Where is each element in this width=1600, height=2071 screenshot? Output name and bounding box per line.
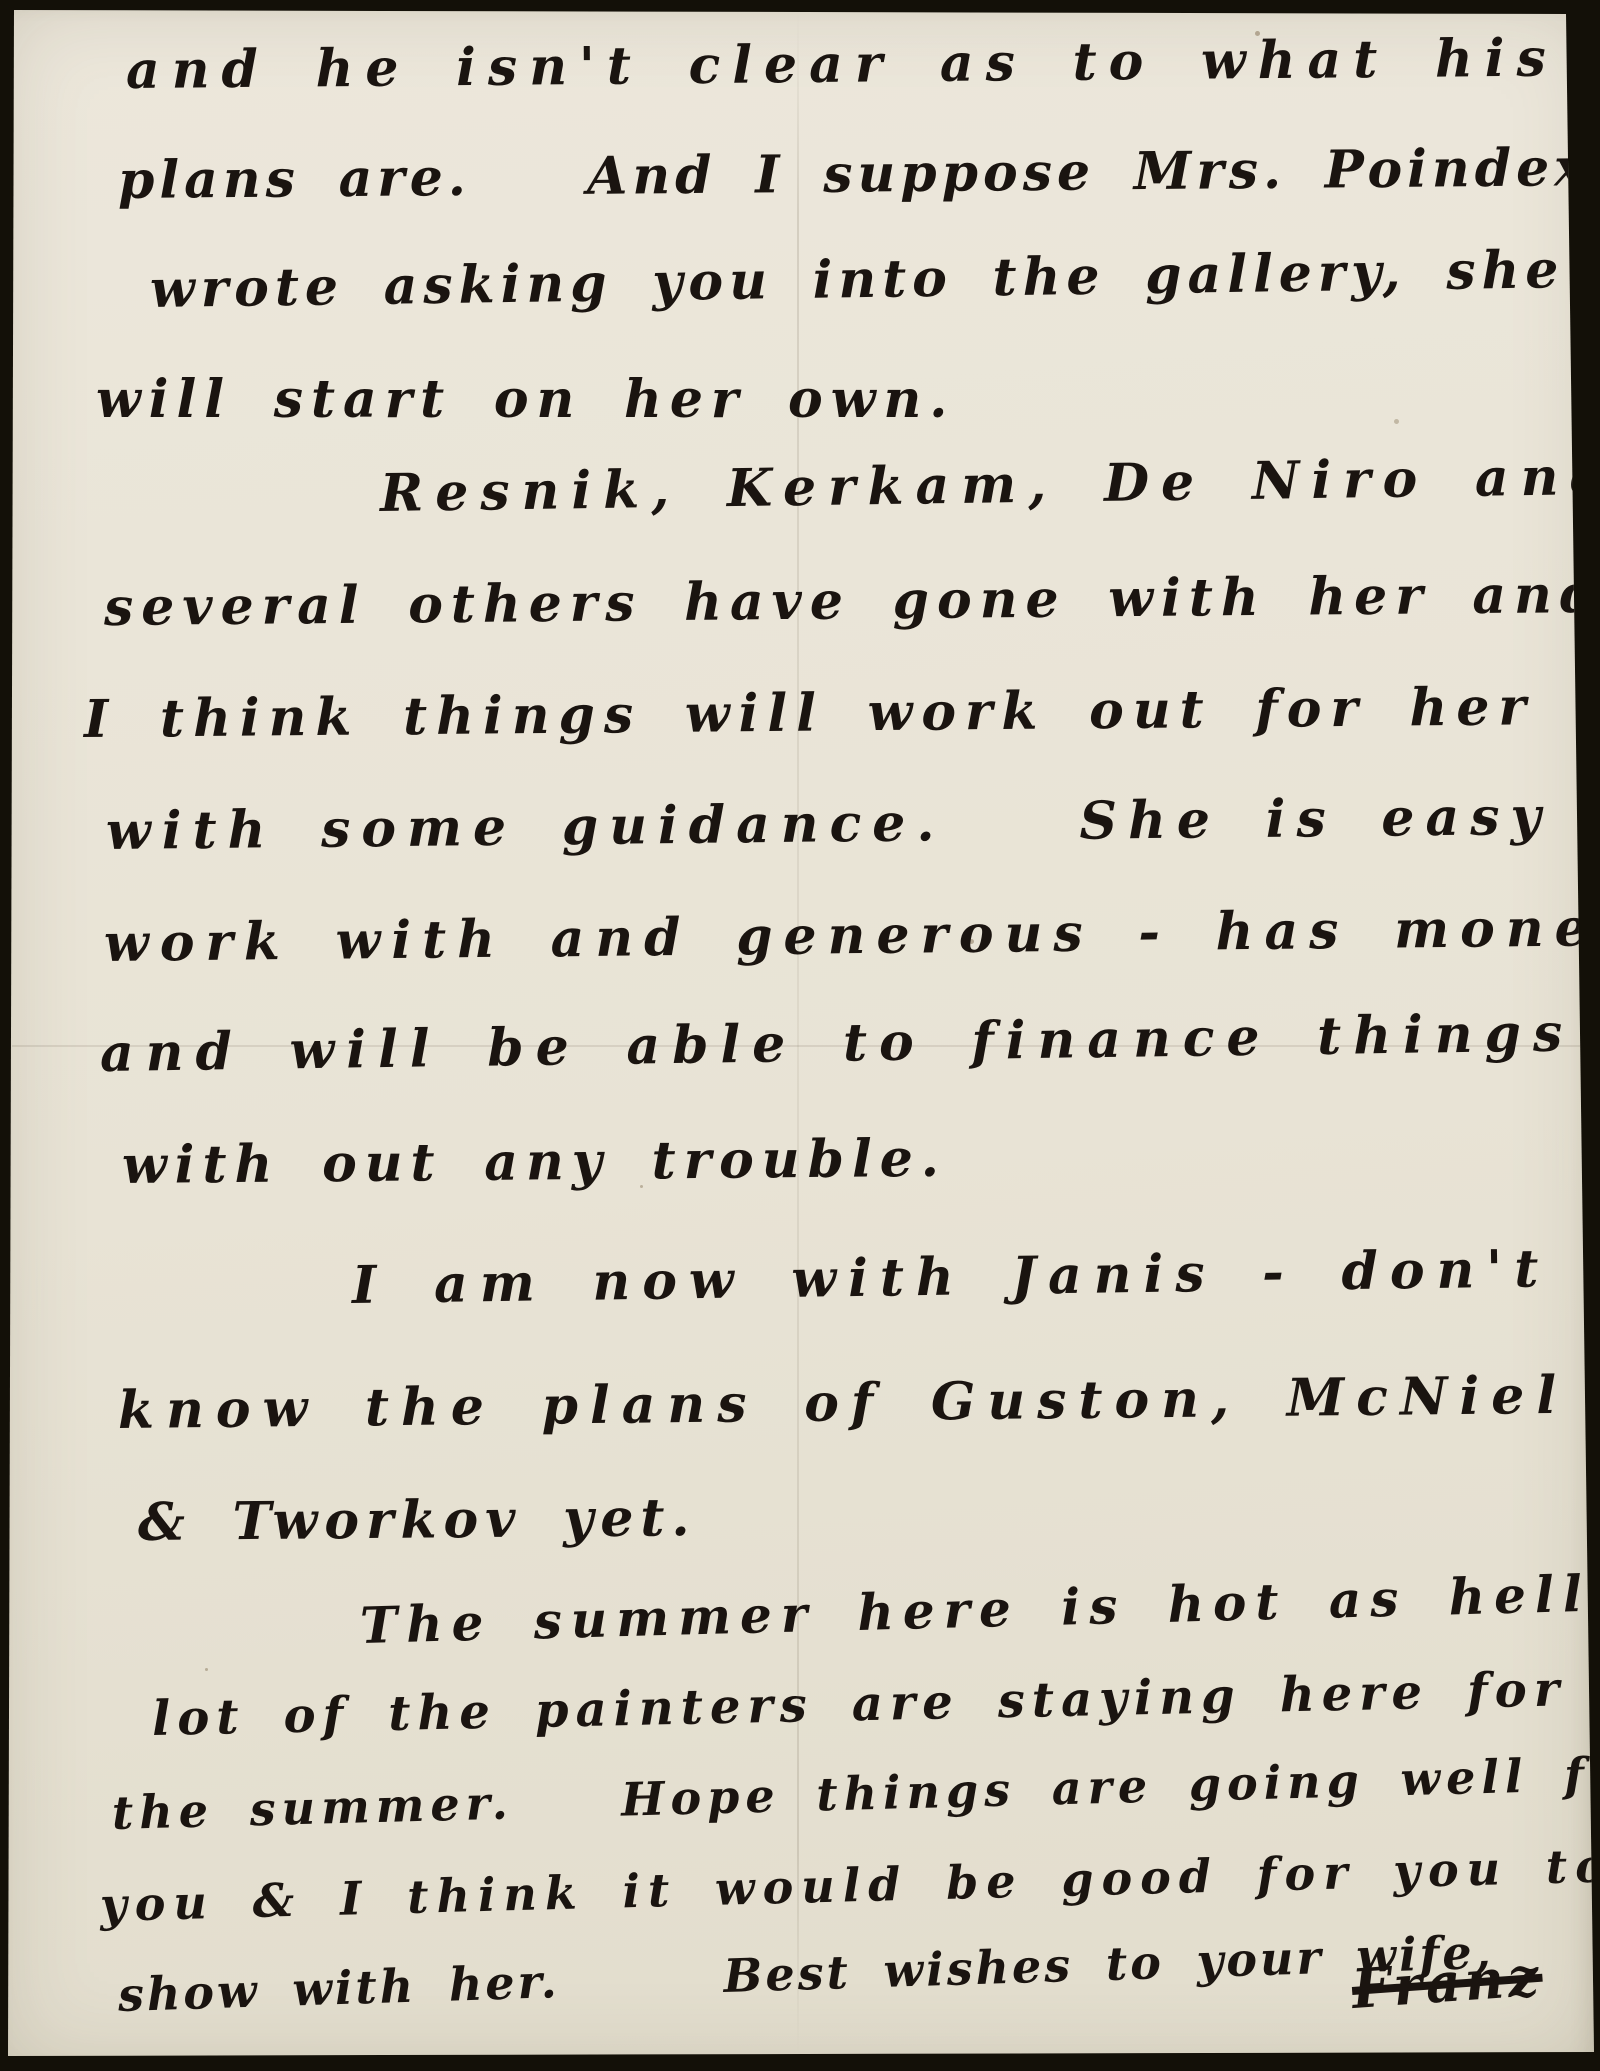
letter-line-4: will start on her own.	[96, 374, 955, 426]
letter-line-3: wrote asking you into the gallery, she	[150, 244, 1565, 316]
letter-line-9: work with and generous - has money	[104, 902, 1600, 970]
letter-line-18: you & I think it would be good for you t…	[99, 1842, 1600, 1928]
paper-specks	[0, 0, 3, 3]
letter-line-11: with out any trouble.	[122, 1133, 947, 1192]
letter-line-17: the summer. Hope things are going well f…	[111, 1750, 1600, 1836]
letter-line-15: The summer here is hot as hell, a	[359, 1566, 1600, 1651]
letter-photo: and he isn't clear as to what hisplans a…	[0, 0, 1600, 2071]
letter-line-1: and he isn't clear as to what his	[126, 33, 1558, 97]
signature: Franz	[1350, 1949, 1544, 2016]
letter-line-19: show with her. Best wishes to your wife,	[117, 1929, 1494, 2018]
letter-line-14: & Tworkov yet.	[138, 1492, 697, 1549]
letter-line-6: several others have gone with her and	[104, 569, 1600, 634]
letter-line-2: plans are. And I suppose Mrs. Poindexter	[118, 141, 1600, 207]
letter-line-8: with some guidance. She is easy to	[106, 790, 1600, 858]
letter-line-12: I am now with Janis - don't	[352, 1243, 1551, 1312]
letter-line-13: know the plans of Guston, McNiel	[118, 1370, 1569, 1437]
letter-paper: and he isn't clear as to what hisplans a…	[0, 0, 1600, 2071]
letter-line-16: lot of the painters are staying here for	[151, 1665, 1566, 1743]
letter-line-7: I think things will work out for her	[84, 681, 1535, 746]
letter-line-10: and will be able to finance things	[100, 1007, 1575, 1080]
letter-line-5: Resnik, Kerkam, De Niro and	[380, 451, 1600, 520]
